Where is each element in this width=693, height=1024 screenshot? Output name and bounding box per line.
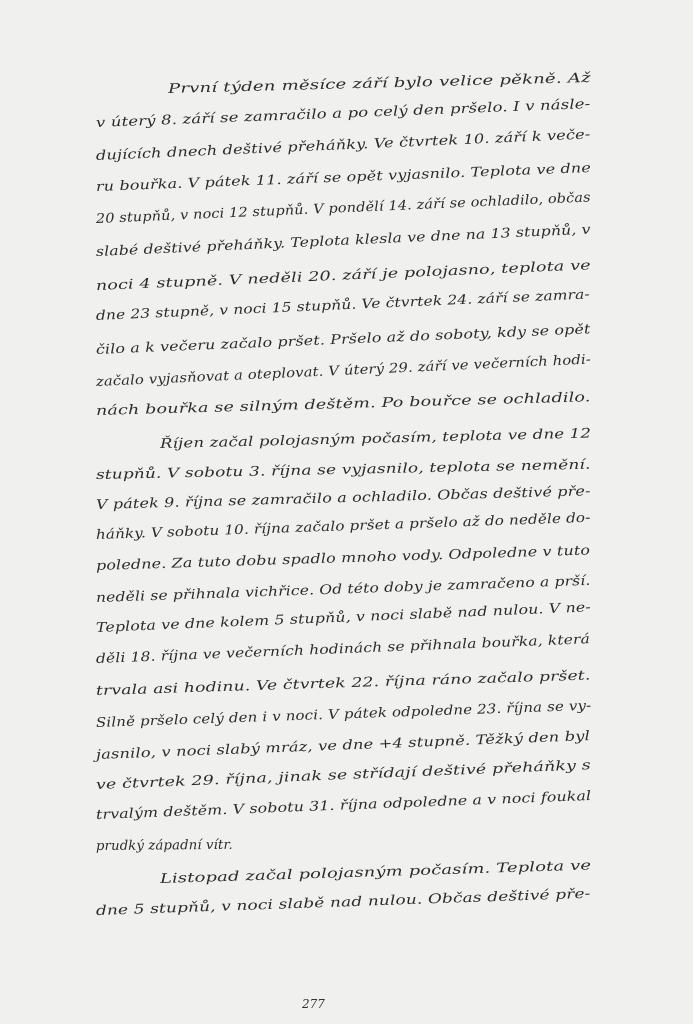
handwritten-line: trvala asi hodinu. Ve čtvrtek 22. října … <box>96 668 591 699</box>
handwritten-line: ve čtvrtek 29. října, jinak se střídají … <box>96 758 591 793</box>
page-number: 277 <box>302 997 325 1011</box>
handwritten-line: dne 5 stupňů, v noci slabě nad nulou. Ob… <box>96 887 591 919</box>
handwritten-line: 20 stupňů, v noci 12 stupňů. V pondělí 1… <box>96 190 591 227</box>
handwritten-line: dne 23 stupně, v noci 15 stupňů. Ve čtvr… <box>96 288 590 325</box>
handwritten-line: začalo vyjasňovat a oteplovat. V úterý 2… <box>96 352 592 389</box>
manuscript-page: První týden měsíce září bylo velice pěkn… <box>0 0 693 1024</box>
handwritten-line: V pátek 9. října se zamračilo a ochladil… <box>96 484 591 513</box>
handwritten-line: stupňů. V sobotu 3. října se vyjasnilo, … <box>96 457 591 482</box>
handwritten-line: prudký západní vítr. <box>96 838 233 854</box>
handwritten-line: poledne. Za tuto dobu spadlo mnoho vody.… <box>96 543 591 574</box>
handwritten-line: Listopad začal polojasným počasím. Teplo… <box>160 859 592 888</box>
handwritten-line: děli 18. října ve večerních hodinách se … <box>96 632 591 667</box>
handwritten-line: slabé deštivé přeháňky. Teplota klesla v… <box>96 223 591 260</box>
handwritten-line: háňky. V sobotu 10. října začalo pršet a… <box>96 511 591 543</box>
handwritten-line: Teplota ve dne kolem 5 stupňů, v noci sl… <box>96 600 591 636</box>
handwritten-line: jasnilo, v noci slabý mráz, ve dne +4 st… <box>96 729 591 763</box>
handwritten-line: neděli se přihnala vichřice. Od této dob… <box>96 574 591 606</box>
handwritten-line: dujících dnech deštivé přeháňky. Ve čtvr… <box>96 128 591 165</box>
handwritten-line: První týden měsíce září bylo velice pěkn… <box>168 71 591 97</box>
handwritten-line: nách bouřka se silným deštěm. Po bouřce … <box>96 390 591 419</box>
handwritten-line: čilo a k večeru začalo pršet. Pršelo až … <box>96 322 591 358</box>
handwritten-line: v úterý 8. září se zamračilo a po celý d… <box>96 97 591 131</box>
handwritten-line: noci 4 stupně. V neděli 20. září je polo… <box>96 258 591 294</box>
handwritten-line: Říjen začal polojasným počasím, teplota … <box>160 427 591 453</box>
handwritten-line: ru bouřka. V pátek 11. září se opět vyja… <box>96 161 591 195</box>
handwritten-line: Silně pršelo celý den i v noci. V pátek … <box>96 698 592 730</box>
handwritten-line: trvalým deštěm. V sobotu 31. října odpol… <box>96 789 592 823</box>
